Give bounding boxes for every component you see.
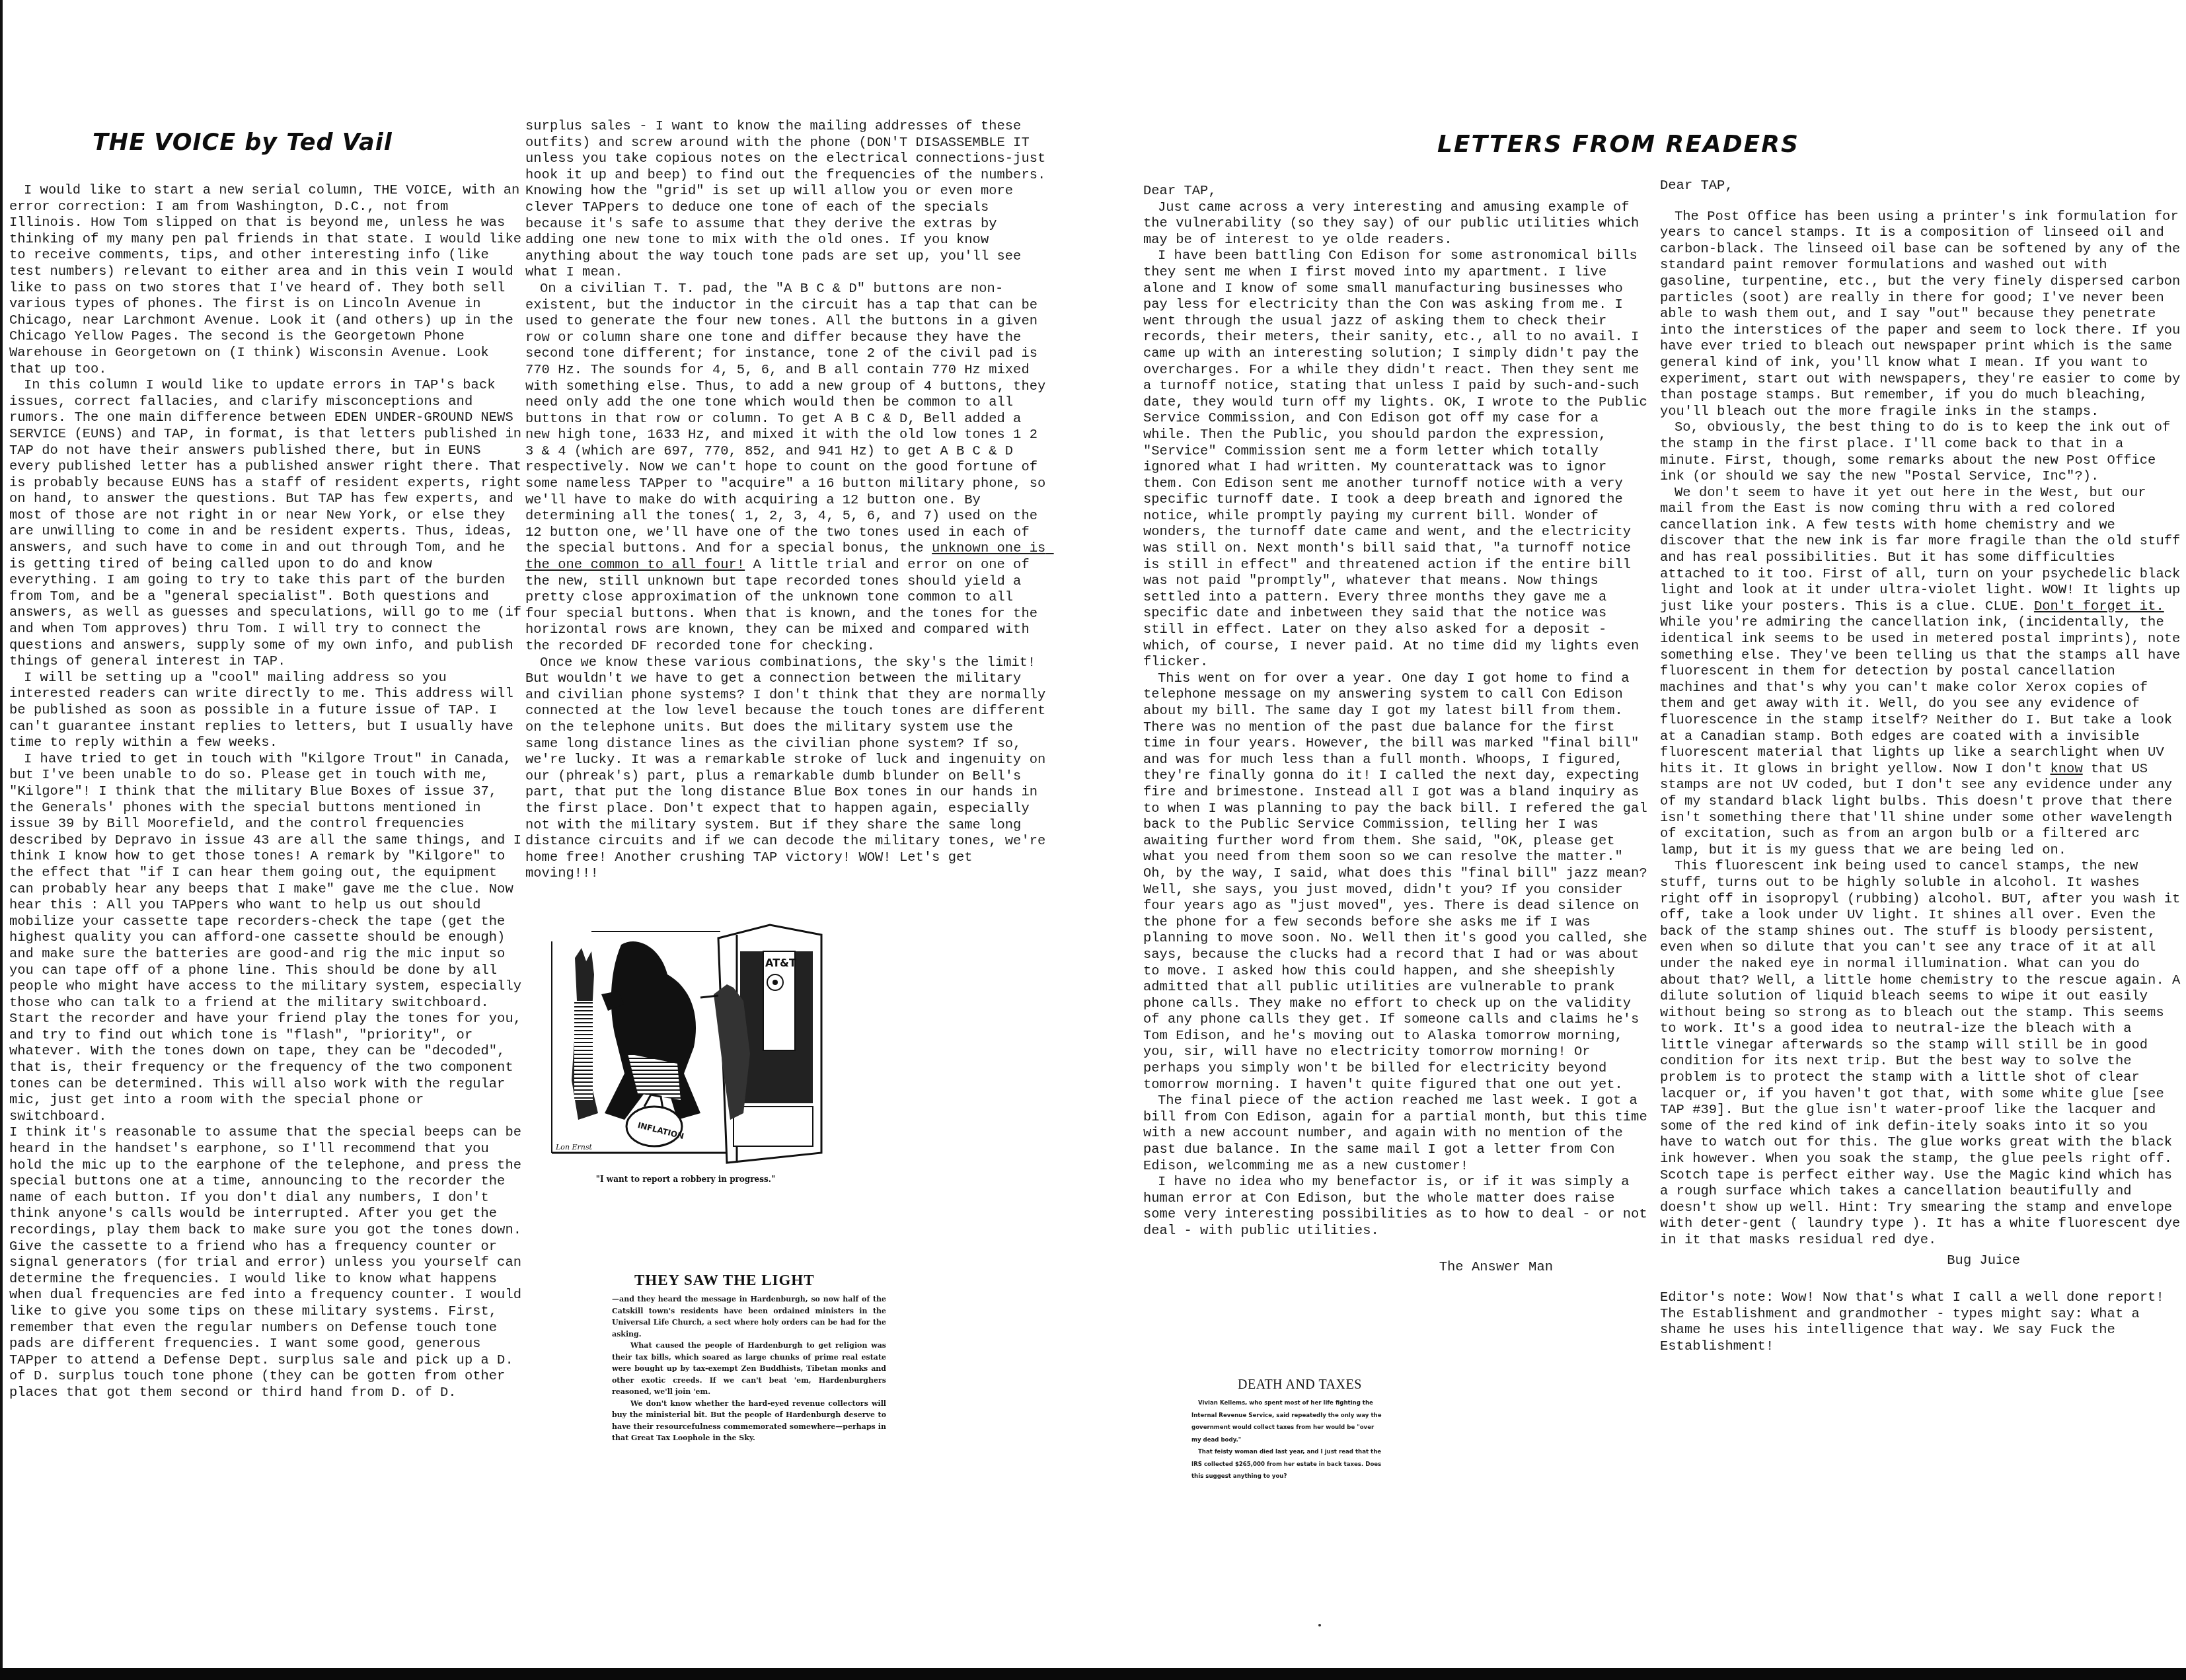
letter-paragraph: So, obviously, the best thing to do is t…: [1660, 420, 2182, 485]
underlined-emphasis: Don't forget it.: [2034, 599, 2164, 614]
letter-paragraph: Just came across a very interesting and …: [1143, 200, 1652, 249]
voice-paragraph: I will be setting up a "cool" mailing ad…: [9, 671, 528, 752]
voice-heading: THE VOICE by Ted Vail: [93, 129, 393, 156]
letters-heading: LETTERS FROM READERS: [1437, 131, 1799, 158]
letter-salutation: Dear TAP,: [1660, 178, 2182, 195]
voice-column-2: surplus sales - I want to know the maili…: [525, 119, 1047, 883]
letter-paragraph: I have been battling Con Edison for some…: [1143, 248, 1652, 671]
voice-paragraph: On a civilian T. T. pad, the "A B C & D"…: [525, 281, 1047, 655]
underlined-emphasis: know: [2051, 762, 2083, 777]
cartoon-caption: "I want to report a robbery in progress.…: [545, 1175, 826, 1184]
clipping-paragraph: —and they heard the message in Hardenbur…: [612, 1294, 886, 1340]
voice-paragraph: I would like to start a new serial colum…: [9, 183, 528, 378]
letter-signature: Bug Juice: [1660, 1253, 2182, 1270]
letter-paragraph: I have no idea who my benefactor is, or …: [1143, 1175, 1652, 1239]
voice-paragraph: I think it's reasonable to assume that t…: [9, 1125, 528, 1401]
letter-paragraph: This went on for over a year. One day I …: [1143, 671, 1652, 1093]
letter-paragraph: This fluorescent ink being used to cance…: [1660, 859, 2182, 1249]
editorial-cartoon: INFLATION Lon Ernst AT&T: [545, 922, 826, 1166]
clipping-paragraph: That feisty woman died last year, and I …: [1191, 1446, 1383, 1483]
cartoon-robbery-illustration: INFLATION Lon Ernst AT&T: [545, 922, 826, 1166]
clipping-paragraph: We don't know whether the hard-eyed reve…: [612, 1398, 886, 1444]
clipping-light-title: THEY SAW THE LIGHT: [634, 1272, 815, 1289]
voice-column-1: I would like to start a new serial colum…: [9, 183, 528, 1402]
clipping-taxes-title: DEATH AND TAXES: [1238, 1377, 1362, 1393]
page-edge-left: [0, 0, 3, 1668]
letter-paragraph: The final piece of the action reached me…: [1143, 1093, 1652, 1175]
cartoonist-signature: Lon Ernst: [555, 1143, 593, 1151]
voice-paragraph: surplus sales - I want to know the maili…: [525, 119, 1047, 281]
clipping-paragraph: What caused the people of Hardenburgh to…: [612, 1340, 886, 1398]
clipping-light-body: —and they heard the message in Hardenbur…: [612, 1294, 886, 1444]
clipping-taxes-body: Vivian Kellems, who spent most of her li…: [1191, 1397, 1383, 1483]
letter-1: Dear TAP, Just came across a very intere…: [1143, 184, 1652, 1276]
clipping-paragraph: Vivian Kellems, who spent most of her li…: [1191, 1397, 1383, 1446]
letter-paragraph: The Post Office has been using a printer…: [1660, 209, 2182, 421]
editors-note: Editor's note: Wow! Now that's what I ca…: [1660, 1290, 2182, 1355]
voice-paragraph: I have tried to get in touch with "Kilgo…: [9, 752, 528, 1126]
voice-paragraph: Once we know these various combinations,…: [525, 655, 1047, 883]
letter-paragraph: We don't seem to have it yet out here in…: [1660, 486, 2182, 859]
letter-2: Dear TAP, The Post Office has been using…: [1660, 178, 2182, 1356]
scan-speck: [1318, 1624, 1321, 1626]
voice-paragraph: In this column I would like to update er…: [9, 378, 528, 671]
booth-sign: AT&T: [765, 957, 796, 969]
letter-salutation: Dear TAP,: [1143, 184, 1652, 200]
scan-border-bottom: [0, 1668, 2186, 1680]
letter-signature: The Answer Man: [1143, 1260, 1652, 1276]
